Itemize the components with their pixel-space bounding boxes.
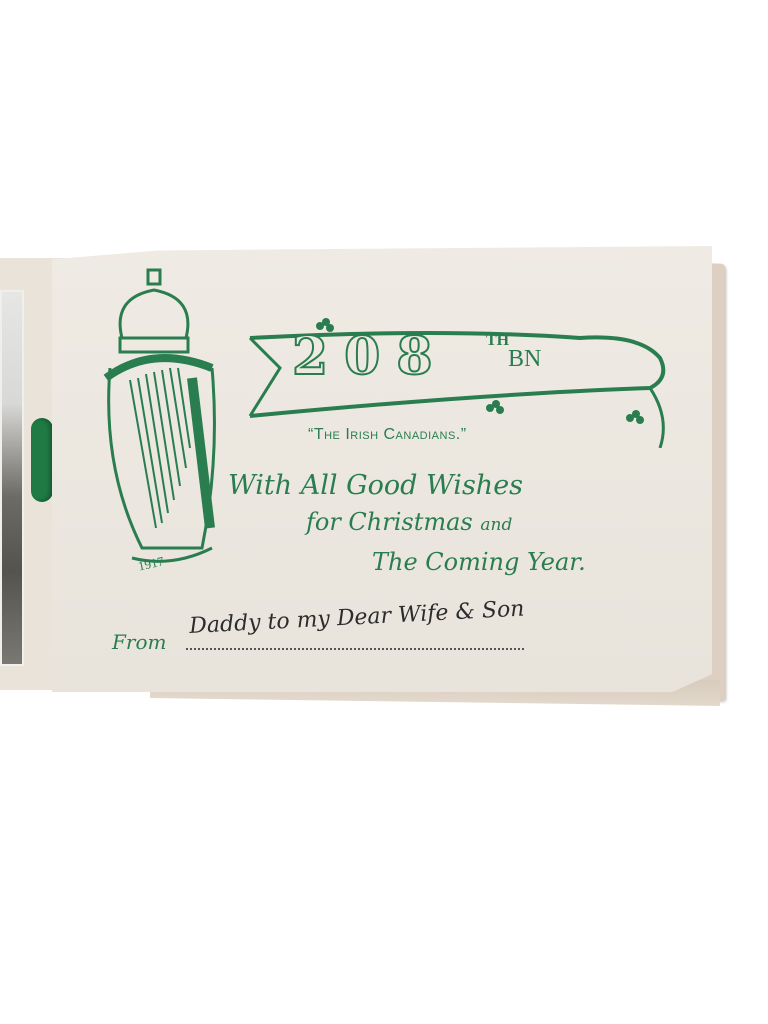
greeting-line-1: With All Good Wishes	[228, 470, 523, 501]
signature-dotted-line	[186, 648, 524, 650]
battalion-abbrev: BN	[508, 346, 541, 373]
greeting-line-3: The Coming Year.	[372, 548, 586, 576]
crown-harp-crest-icon	[92, 268, 252, 588]
greeting-line-2-main: for Christmas	[306, 508, 473, 536]
green-ribbon-binding	[31, 418, 53, 502]
greeting-line-2-and: and	[480, 515, 512, 535]
from-label: From	[112, 630, 166, 654]
greeting-line-2: for Christmas and	[306, 508, 512, 536]
battalion-suffix: TH	[486, 332, 509, 350]
photograph-edge	[0, 290, 24, 666]
unit-nickname: “The Irish Canadians.”	[308, 426, 467, 444]
battalion-number: 208	[292, 326, 449, 387]
